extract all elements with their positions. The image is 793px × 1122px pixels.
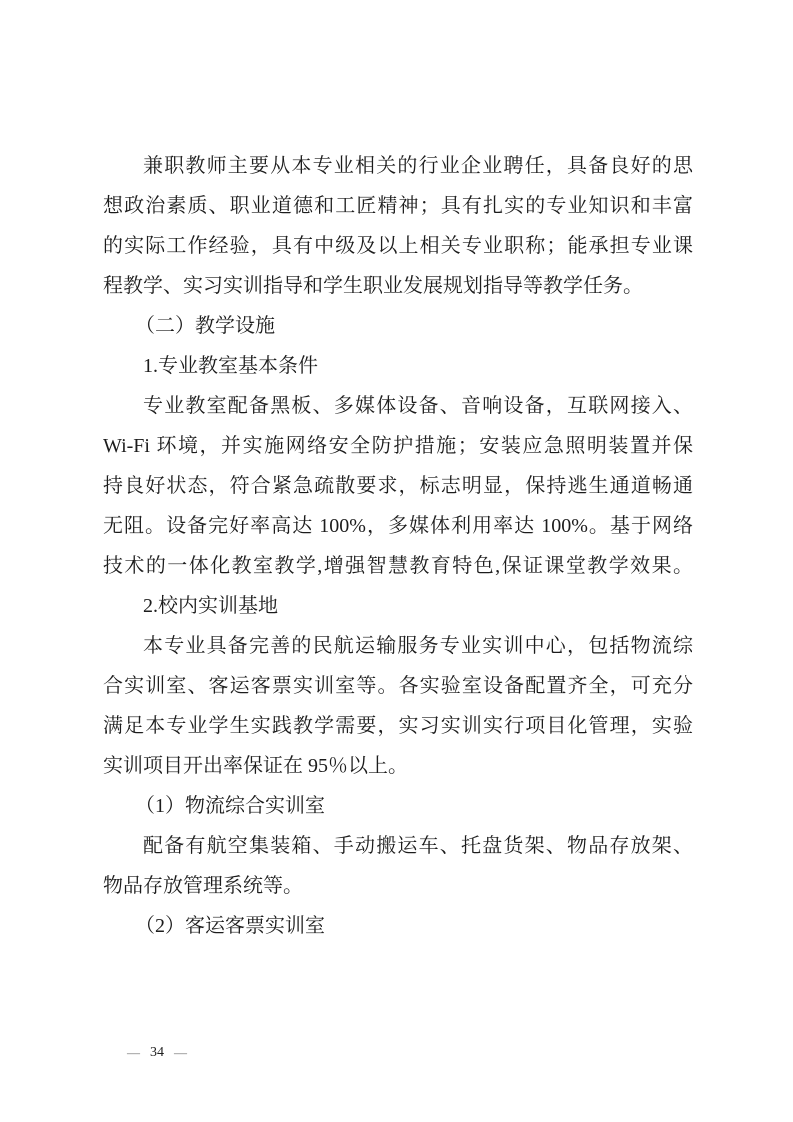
paragraph1-line: 程教学、实习实训指导和学生职业发展规划指导等教学任务。 bbox=[103, 266, 693, 306]
paragraph1-line: 想政治素质、职业道德和工匠精神；具有扎实的专业知识和丰富 bbox=[103, 186, 693, 226]
document-body: 兼职教师主要从本专业相关的行业企业聘任，具备良好的思 想政治素质、职业道德和工匠… bbox=[103, 146, 693, 946]
page-footer: — 34 — bbox=[127, 1044, 187, 1062]
paragraph3-line: 实训项目开出率保证在 95％以上。 bbox=[103, 746, 693, 786]
paragraph2-line: Wi-Fi 环境，并实施网络安全防护措施；安装应急照明装置并保 bbox=[103, 426, 693, 466]
paragraph2-line: 技术的一体化教室教学,增强智慧教育特色,保证课堂教学效果。 bbox=[103, 546, 693, 586]
heading-logistics-training-room: （1）物流综合实训室 bbox=[103, 786, 693, 826]
paragraph2-line: 无阻。设备完好率高达 100%，多媒体利用率达 100%。基于网络 bbox=[103, 506, 693, 546]
paragraph1-line: 的实际工作经验，具有中级及以上相关专业职称；能承担专业课 bbox=[103, 226, 693, 266]
paragraph4-line: 配备有航空集装箱、手动搬运车、托盘货架、物品存放架、 bbox=[103, 826, 693, 866]
footer-dash-left: — bbox=[127, 1045, 140, 1061]
heading-campus-training-base: 2.校内实训基地 bbox=[103, 586, 693, 626]
paragraph3-line: 合实训室、客运客票实训室等。各实验室设备配置齐全，可充分 bbox=[103, 666, 693, 706]
paragraph3-line: 本专业具备完善的民航运输服务专业实训中心，包括物流综 bbox=[103, 626, 693, 666]
heading-teaching-facilities: （二）教学设施 bbox=[103, 306, 693, 346]
footer-dash-right: — bbox=[174, 1045, 187, 1061]
paragraph2-line: 专业教室配备黑板、多媒体设备、音响设备，互联网接入、 bbox=[103, 386, 693, 426]
heading-classroom-conditions: 1.专业教室基本条件 bbox=[103, 346, 693, 386]
paragraph1-line: 兼职教师主要从本专业相关的行业企业聘任，具备良好的思 bbox=[103, 146, 693, 186]
paragraph3-line: 满足本专业学生实践教学需要，实习实训实行项目化管理，实验 bbox=[103, 706, 693, 746]
paragraph4-line: 物品存放管理系统等。 bbox=[103, 866, 693, 906]
page-number: 34 bbox=[150, 1045, 164, 1061]
document-page: 兼职教师主要从本专业相关的行业企业聘任，具备良好的思 想政治素质、职业道德和工匠… bbox=[0, 0, 793, 1122]
heading-ticketing-training-room: （2）客运客票实训室 bbox=[103, 906, 693, 946]
paragraph2-line: 持良好状态，符合紧急疏散要求，标志明显，保持逃生通道畅通 bbox=[103, 466, 693, 506]
